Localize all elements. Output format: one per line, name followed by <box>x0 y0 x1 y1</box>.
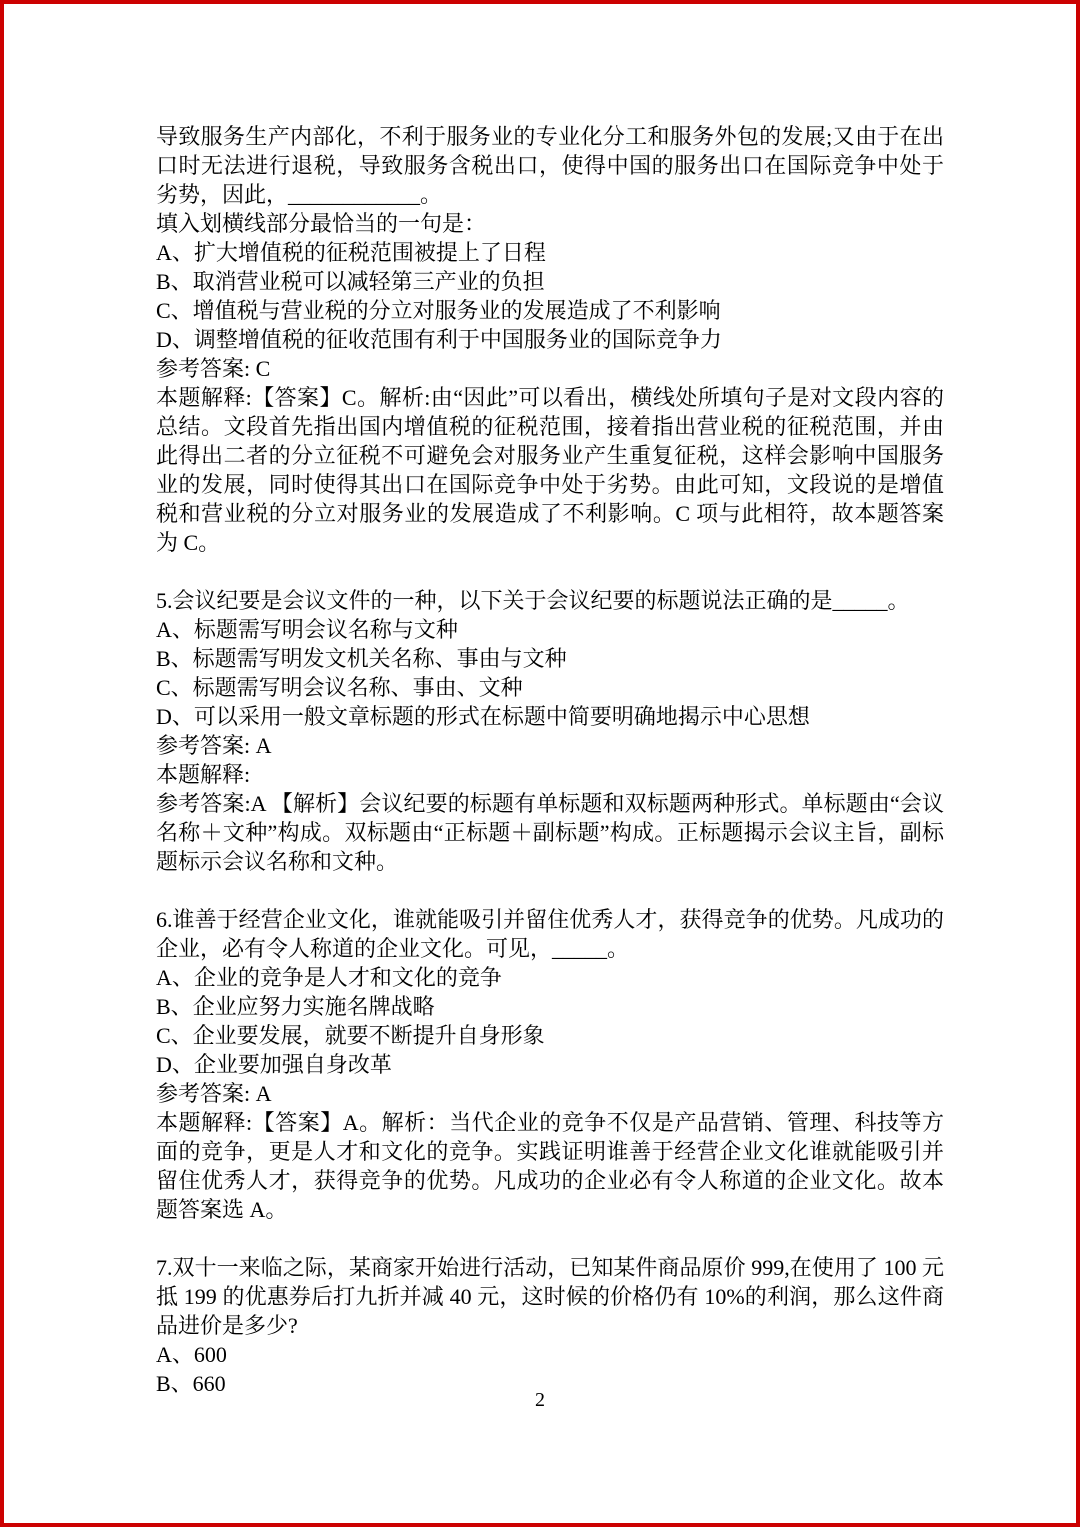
explanation-label: 本题解释: <box>156 760 944 789</box>
question-7: 7.双十一来临之际，某商家开始进行活动，已知某件商品原价 999,在使用了 10… <box>156 1253 944 1398</box>
option-b: B、标题需写明发文机关名称、事由与文种 <box>156 644 944 673</box>
explanation: 本题解释:【答案】C。解析:由“因此”可以看出，横线处所填句子是对文段内容的总结… <box>156 383 944 557</box>
reference-answer: 参考答案: A <box>156 1079 944 1108</box>
option-a: A、600 <box>156 1340 944 1369</box>
option-c: C、增值税与营业税的分立对服务业的发展造成了不利影响 <box>156 296 944 325</box>
question-4-continuation: 导致服务生产内部化，不利于服务业的专业化分工和服务外包的发展;又由于在出口时无法… <box>156 122 944 557</box>
option-a: A、扩大增值税的征税范围被提上了日程 <box>156 238 944 267</box>
question-text: 5.会议纪要是会议文件的一种，以下关于会议纪要的标题说法正确的是_____。 <box>156 586 944 615</box>
option-b: B、企业应努力实施名牌战略 <box>156 992 944 1021</box>
option-d: D、可以采用一般文章标题的形式在标题中简要明确地揭示中心思想 <box>156 702 944 731</box>
stem-prompt: 填入划横线部分最恰当的一句是： <box>156 209 944 238</box>
option-a: A、企业的竞争是人才和文化的竞争 <box>156 963 944 992</box>
explanation: 本题解释:【答案】A。解析：当代企业的竞争不仅是产品营销、管理、科技等方面的竞争… <box>156 1108 944 1224</box>
question-text: 导致服务生产内部化，不利于服务业的专业化分工和服务外包的发展;又由于在出口时无法… <box>156 122 944 209</box>
option-a: A、标题需写明会议名称与文种 <box>156 615 944 644</box>
question-text: 6.谁善于经营企业文化，谁就能吸引并留住优秀人才，获得竞争的优势。凡成功的企业，… <box>156 905 944 963</box>
question-5: 5.会议纪要是会议文件的一种，以下关于会议纪要的标题说法正确的是_____。A、… <box>156 586 944 876</box>
option-b: B、取消营业税可以减轻第三产业的负担 <box>156 267 944 296</box>
reference-answer: 参考答案: A <box>156 731 944 760</box>
question-6: 6.谁善于经营企业文化，谁就能吸引并留住优秀人才，获得竞争的优势。凡成功的企业，… <box>156 905 944 1224</box>
question-text: 7.双十一来临之际，某商家开始进行活动，已知某件商品原价 999,在使用了 10… <box>156 1253 944 1340</box>
explanation: 参考答案:A 【解析】会议纪要的标题有单标题和双标题两种形式。单标题由“会议名称… <box>156 789 944 876</box>
option-c: C、标题需写明会议名称、事由、文种 <box>156 673 944 702</box>
document-page: 导致服务生产内部化，不利于服务业的专业化分工和服务外包的发展;又由于在出口时无法… <box>0 0 1080 1527</box>
option-d: D、企业要加强自身改革 <box>156 1050 944 1079</box>
reference-answer: 参考答案: C <box>156 354 944 383</box>
option-d: D、调整增值税的征收范围有利于中国服务业的国际竞争力 <box>156 325 944 354</box>
page-number: 2 <box>4 1388 1076 1412</box>
document-content: 导致服务生产内部化，不利于服务业的专业化分工和服务外包的发展;又由于在出口时无法… <box>156 122 944 1427</box>
option-c: C、企业要发展，就要不断提升自身形象 <box>156 1021 944 1050</box>
